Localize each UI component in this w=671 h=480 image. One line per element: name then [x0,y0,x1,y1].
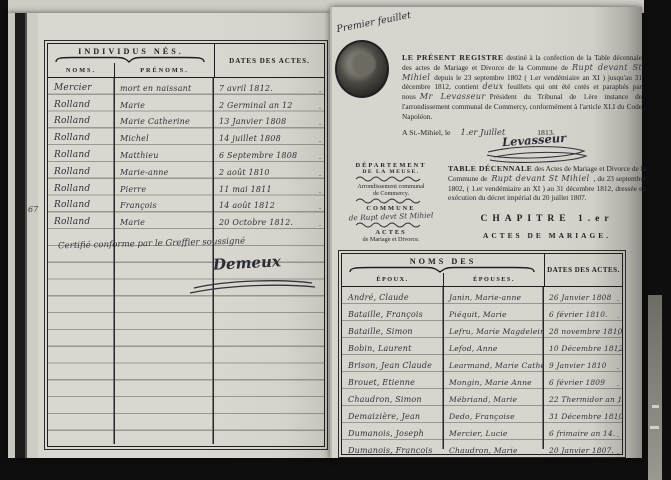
wavy-divider [355,222,427,228]
nom-cell: Rolland [48,116,114,128]
printed-text: TABLE DÉCENNALE [448,164,532,173]
date-cell: 28 novembre 1810. [543,327,622,338]
handwritten-insert: Rupt devant St Mihiel [487,173,593,183]
date-cell: 6 frimaire an 14. [543,429,622,440]
epoux-cell: Demaizière, Jean [342,412,443,423]
prenom-cell: Pierre [114,185,213,196]
epoux-cell: Bataille, Simon [342,327,443,338]
table-row: Bataille, FrançoisPiéquit, Marie6 févrie… [342,304,622,321]
marriages-table: NOMS DES ÉPOUX. ÉPOUSES. DATES DES ACTES… [338,250,626,458]
right-register-page: Premier feuillet LE PRÉSENT REGISTRE des… [330,7,642,458]
table-row: RollandFrançois14 août 1812 [48,196,324,213]
date-cell: 10 Décembre 1812 [543,344,622,355]
date-cell: 14 juillet 1808 [213,134,324,145]
table-row: Bataille, SimonLefru, Marie Magdeleine28… [342,321,622,338]
nom-cell: Rolland [48,167,114,179]
date-cell: 13 Janvier 1808 [213,117,324,128]
col-header-prenoms: PRÉNOMS. [115,63,214,77]
department-name: DE LA MEUSE. [338,169,444,175]
margin-administrative-block: DÉPARTEMENT DE LA MEUSE. Arrondissement … [338,162,444,243]
table-row: RollandMarie Catherine13 Janvier 1808 [48,112,324,129]
date-cell: 2 août 1810 [213,168,324,179]
marriages-table-header: NOMS DES ÉPOUX. ÉPOUSES. DATES DES ACTES… [342,254,622,287]
certification-note: Certifié conforme par le Greffier soussi… [58,235,314,252]
nom-cell: Rolland [48,100,114,112]
date-cell: 14 août 1812 [213,201,324,212]
epouse-cell: Lefod, Anne [443,344,543,355]
brace-decoration [54,56,206,63]
nom-cell: Rolland [48,217,114,229]
date-cell: 22 Thermidor an 13 [543,395,622,406]
date-cell: 6 février 1809 [543,378,622,389]
wavy-divider [355,198,427,204]
table-row: RollandMichel14 juillet 1808 [48,128,324,145]
table-row: Brison, Jean ClaudeLearmand, Marie Cathe… [342,355,622,372]
revenue-stamp-icon [335,40,389,98]
table-row: RollandMatthieu6 Septembre 1808 [48,145,324,162]
date-cell: 20 Janvier 1807. [543,446,622,457]
table-decennale-heading: TABLE DÉCENNALE des Actes de Mariage et … [448,164,646,203]
epoux-cell: Bobin, Laurent [342,344,443,355]
margin-folio-number: 67 [28,205,38,214]
prenom-cell: Marie Catherine [114,117,213,128]
place-date-prefix: A St.-Mihiel, le [402,128,451,137]
births-table-header: INDIVIDUS NÉS. NOMS. PRÉNOMS. DATES DES … [48,44,324,78]
actes-subtitle: de Mariage et Divorce. [338,236,444,243]
prenom-cell: Marie [114,101,213,112]
table-row: Bobin, LaurentLefod, Anne10 Décembre 181… [342,338,622,355]
scan-speck [652,405,659,408]
table-row: RollandMarie-anne2 août 1810 [48,162,324,179]
prenom-cell: Marie [114,218,213,229]
epoux-cell: André, Claude [342,293,443,304]
date-cell: 9 Janvier 1810 [543,361,622,372]
births-table-body: Merciermort en naissant7 avril 1812.Roll… [48,78,324,444]
handwritten-folio-note: Premier feuillet [336,10,412,35]
marriages-group-title: NOMS DES [342,254,544,266]
epouse-cell: Learmand, Marie Catherine [443,361,543,372]
signature-flourish [188,274,318,296]
table-row: Dumanois, JosephMercier, Lucie6 frimaire… [342,423,622,440]
epoux-cell: Brison, Jean Claude [342,361,443,372]
arrondissement-line2: de Commercy. [338,190,444,197]
commune-handwritten: de Rupt devt St Mihiel [338,210,444,223]
col-header-epouses: ÉPOUSES. [444,273,544,286]
date-cell: 31 Décembre 1810. [543,412,622,423]
printed-text: LE PRÉSENT REGISTRE [402,53,504,62]
left-register-page: INDIVIDUS NÉS. NOMS. PRÉNOMS. DATES DES … [8,13,330,458]
table-row: André, ClaudeJanin, Marie-anne26 Janvier… [342,287,622,304]
register-statement-paragraph: LE PRÉSENT REGISTRE destiné à la confect… [402,53,642,122]
scanned-register-photo: INDIVIDUS NÉS. NOMS. PRÉNOMS. DATES DES … [0,0,671,480]
prenom-cell: François [114,201,213,212]
date-cell: 11 mai 1811 [213,185,324,196]
table-row: Chaudron, SimonMébriand, Marie22 Thermid… [342,389,622,406]
epouse-cell: Janin, Marie-anne [443,293,543,304]
epouse-cell: Lefru, Marie Magdeleine [443,327,543,338]
table-row: Demaizière, JeanDedo, Françoise31 Décemb… [342,406,622,423]
prenom-cell: Marie-anne [114,168,213,179]
nom-cell: Mercier [48,83,114,95]
nom-cell: Rolland [48,200,114,212]
col-header-dates: DATES DES ACTES. [544,254,622,286]
date-cell: 7 avril 1812. [213,84,324,95]
date-cell: 6 février 1810. [543,310,622,321]
epouse-cell: Chaudron, Marie [443,446,543,457]
epoux-cell: Brouet, Étienne [342,378,443,389]
col-header-epoux: ÉPOUX. [342,273,444,286]
nom-cell: Rolland [48,150,114,162]
scan-speck [650,426,659,429]
wavy-divider [355,176,427,182]
table-row: Dumanois, FrançoisChaudron, Marie20 Janv… [342,440,622,457]
col-header-dates: DATES DES ACTES. [214,44,324,77]
nom-cell: Rolland [48,133,114,145]
epoux-cell: Chaudron, Simon [342,395,443,406]
epouse-cell: Mongin, Marie Anne [443,378,543,389]
date-cell: 6 Septembre 1808 [213,151,324,162]
epouse-cell: Mébriand, Marie [443,395,543,406]
nom-cell: Rolland [48,184,114,196]
chapitre-heading: CHAPITRE 1.er [448,214,646,224]
table-row: RollandPierre11 mai 1811 [48,179,324,196]
date-cell: 20 Octobre 1812. [213,218,324,229]
epouse-cell: Dedo, Françoise [443,412,543,423]
clerk-signature: Demeux [213,252,282,274]
col-header-noms: NOMS. [48,63,115,77]
epoux-cell: Dumanois, François [342,446,443,457]
arrondissement-line1: Arrondissement communal [338,183,444,190]
actes-label: ACTES [338,229,444,236]
births-table: INDIVIDUS NÉS. NOMS. PRÉNOMS. DATES DES … [44,40,328,450]
actes-de-mariage-heading: ACTES DE MARIAGE. [448,231,646,240]
department-label: DÉPARTEMENT [338,162,444,169]
epouse-cell: Piéquit, Marie [443,310,543,321]
births-group-title: INDIVIDUS NÉS. [48,44,214,56]
handwritten-insert: Mr Levasseur [416,91,490,101]
prenom-cell: Matthieu [114,151,213,162]
table-row: RollandMarie2 Germinal an 12 [48,95,324,112]
date-cell: 2 Germinal an 12 [213,101,324,112]
epoux-cell: Dumanois, Joseph [342,429,443,440]
table-row: Merciermort en naissant7 avril 1812. [48,78,324,95]
book-edge-strip [648,295,662,480]
table-row: RollandMarie20 Octobre 1812. [48,212,324,229]
date-cell: 26 Janvier 1808 [543,293,622,304]
epoux-cell: Bataille, François [342,310,443,321]
marriages-table-body: André, ClaudeJanin, Marie-anne26 Janvier… [342,287,622,449]
brace-decoration [348,266,536,273]
handwritten-insert: deux [478,81,507,91]
prenom-cell: mort en naissant [114,84,213,95]
table-row: Brouet, ÉtienneMongin, Marie Anne6 févri… [342,372,622,389]
prenom-cell: Michel [114,134,213,145]
epouse-cell: Mercier, Lucie [443,429,543,440]
